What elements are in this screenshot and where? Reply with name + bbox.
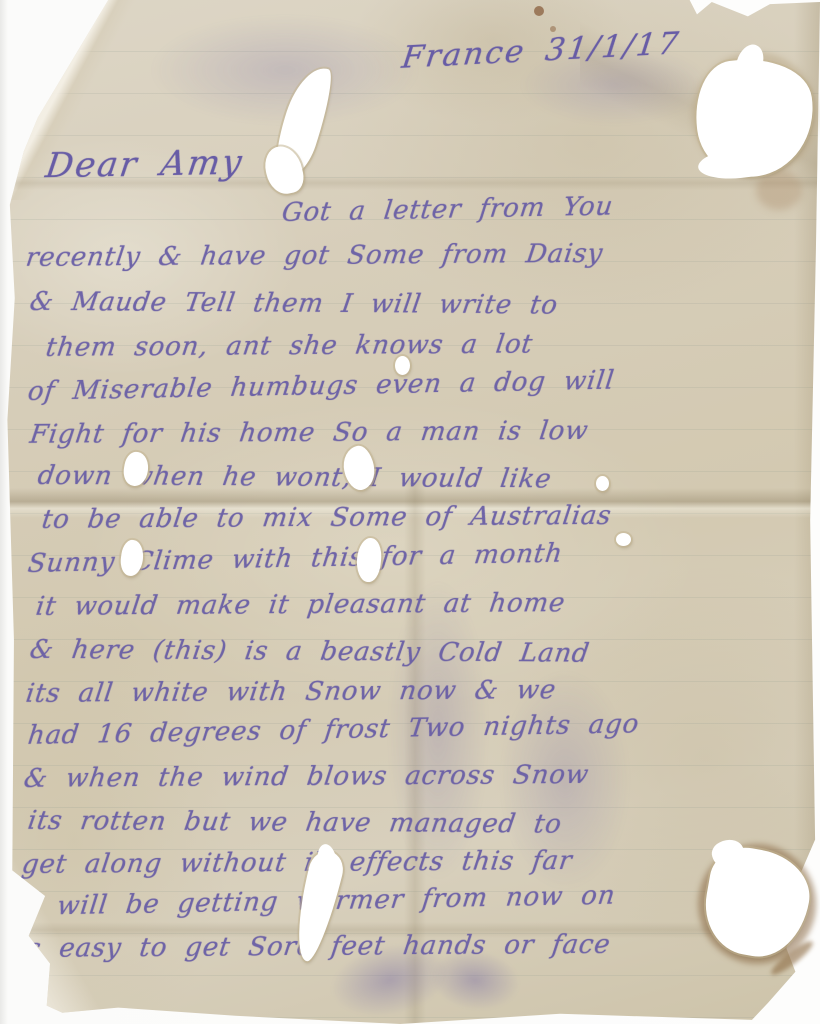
ink-smudge [150,15,420,125]
handwritten-line: it would make it pleasant at home [34,588,567,622]
handwritten-line: its rotten but we have managed to [26,806,564,840]
torn-hole [596,476,609,491]
handwritten-line: to be able to mix Some of Australias [40,501,613,535]
stain-spot [534,6,544,16]
scanner-background: France 31/1/17 Dear Amy Got a letter fro… [0,0,820,1024]
torn-hole [395,356,410,375]
handwritten-line: Fight for his home So a man is low [28,416,590,450]
handwritten-line: & when the wind blows across Snow [22,760,591,794]
handwritten-line: down when he wont, I would like [36,461,554,495]
torn-hole [616,533,631,546]
handwritten-line: Got a letter from You [280,192,615,228]
salutation: Dear Amy [43,143,246,186]
handwritten-line: recently & have got Some from Daisy [24,239,605,273]
handwritten-line: them soon, ant she knows a lot [44,330,535,363]
handwritten-line: & Maude Tell them I will write to [28,287,560,321]
stain-spot [550,26,556,32]
handwritten-line: & here (this) is a beastly Cold Land [28,635,592,669]
letter-paper: France 31/1/17 Dear Amy Got a letter fro… [0,0,820,1024]
handwritten-line: get along without ill effects this far [20,846,574,880]
handwritten-line: its all white with Snow now & we [24,675,558,709]
